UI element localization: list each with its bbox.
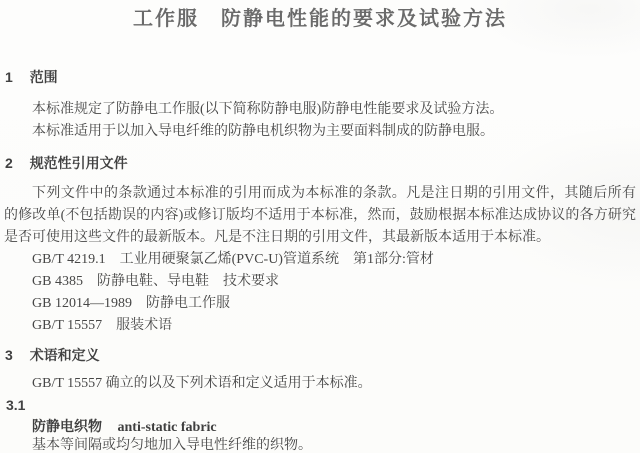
term-chinese: 防静电织物: [32, 418, 102, 434]
document-title: 工作服 防静电性能的要求及试验方法: [4, 6, 636, 32]
references-paragraph-line: 的修改单(不包括勘误的内容)或修订版均不适用于本标准，然而，鼓励根据本标准达成协…: [4, 205, 636, 227]
section-heading-references: 2 规范性引用文件: [4, 152, 636, 174]
section-heading-scope: 1 范围: [4, 66, 636, 88]
term-english: anti-static fabric: [118, 420, 217, 435]
terms-intro-line: GB/T 15557 确立的以及下列术语和定义适用于本标准。: [4, 373, 636, 395]
section-number: 1: [5, 66, 13, 88]
term-definition: 基本等间隔或均匀地加入导电性纤维的织物。: [4, 438, 636, 453]
reference-item: GB/T 4219.1 工业用硬聚氯乙烯(PVC-U)管道系统 第1部分:管材: [4, 249, 636, 271]
clause-number: 3.1: [4, 395, 636, 416]
scope-line: 本标准适用于以加入导电纤维的防静电机织物为主要面料制成的防静电服。: [4, 121, 636, 143]
section-title: 规范性引用文件: [30, 155, 128, 171]
reference-item: GB 12014—1989 防静电工作服: [4, 293, 636, 315]
section-number: 3: [5, 344, 13, 366]
references-paragraph-line: 下列文件中的条款通过本标准的引用而成为本标准的条款。凡是注日期的引用文件，其随后…: [4, 183, 636, 205]
section-title: 范围: [30, 69, 58, 85]
document-page: 工作服 防静电性能的要求及试验方法 1 范围 本标准规定了防静电工作服(以下简称…: [0, 0, 640, 453]
term-entry: 防静电织物 anti-static fabric: [4, 416, 636, 438]
references-paragraph-line: 是否可使用这些文件的最新版本。凡是不注日期的引用文件，其最新版本适用于本标准。: [4, 227, 636, 249]
scope-line: 本标准规定了防静电工作服(以下简称防静电服)防静电性能要求及试验方法。: [4, 99, 636, 121]
reference-item: GB/T 15557 服装术语: [4, 315, 636, 337]
reference-item: GB 4385 防静电鞋、导电鞋 技术要求: [4, 271, 636, 293]
section-number: 2: [5, 152, 13, 174]
section-heading-terms: 3 术语和定义: [4, 344, 636, 366]
section-title: 术语和定义: [30, 347, 100, 363]
